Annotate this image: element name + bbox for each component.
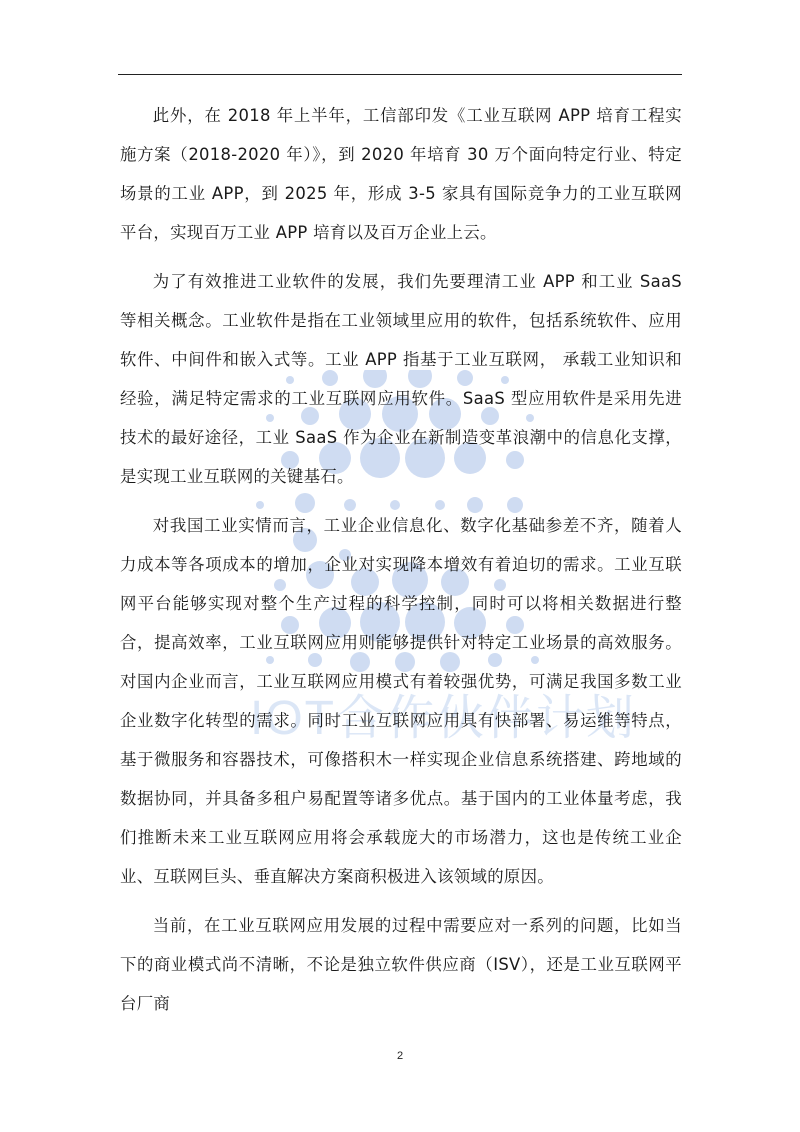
paragraph: 此外，在 2018 年上半年，工信部印发《工业互联网 APP 培育工程实施方案（… bbox=[120, 96, 682, 252]
paragraph: 当前，在工业互联网应用发展的过程中需要应对一系列的问题，比如当下的商业模式尚不清… bbox=[120, 906, 682, 1023]
header-rule bbox=[118, 74, 682, 75]
paragraph: 对我国工业实情而言，工业企业信息化、数字化基础参差不齐，随着人力成本等各项成本的… bbox=[120, 506, 682, 896]
page-number: 2 bbox=[0, 1050, 800, 1062]
paragraph: 为了有效推进工业软件的发展，我们先要理清工业 APP 和工业 SaaS 等相关概… bbox=[120, 262, 682, 496]
document-body: 此外，在 2018 年上半年，工信部印发《工业互联网 APP 培育工程实施方案（… bbox=[120, 96, 682, 1033]
